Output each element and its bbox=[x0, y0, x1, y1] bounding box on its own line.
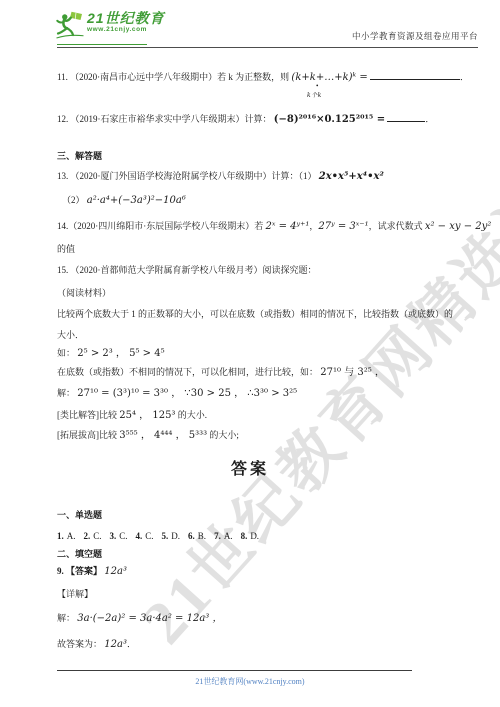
answers-section-1-title: 一、单选题 bbox=[57, 509, 482, 522]
section-3-title: 三、解答题 bbox=[57, 150, 482, 163]
task-extension-formula: 3⁵⁵⁵ ， 4⁴⁴⁴ ， 5³³³ bbox=[119, 430, 207, 441]
choice-letter: C. bbox=[119, 531, 127, 541]
choice-letter: B. bbox=[198, 531, 206, 541]
task-extension: [拓展拔高]比较 3⁵⁵⁵ ， 4⁴⁴⁴ ， 5³³³ 的大小; bbox=[57, 429, 482, 442]
platform-tagline: 中小学教育资源及组卷应用平台 bbox=[352, 30, 478, 42]
answer-9-label: 9. 【答案】 bbox=[57, 566, 102, 576]
question-12-period: ． bbox=[425, 114, 434, 124]
brand-url: www.21cnjy.com bbox=[87, 26, 165, 34]
choice-number: 8. bbox=[241, 531, 248, 541]
answers-section-2-title: 二、填空题 bbox=[57, 548, 482, 561]
answer-9-solution-formula: 3a·(−2a)² = 3a·4a² = 12a³ ， bbox=[77, 613, 222, 624]
material-example: 如： 2⁵ > 2³ ， 5⁵ > 4⁵ bbox=[57, 347, 482, 360]
task-extension-suffix: 的大小; bbox=[207, 430, 239, 440]
question-14-formula-2: 27ʸ = 3ˣ⁻¹ bbox=[318, 221, 368, 232]
question-13-part2-label: （2） bbox=[62, 195, 85, 205]
task-analogy-prefix: [类比解答]比较 bbox=[57, 410, 119, 420]
question-15: 15. （2020·首都师范大学附属育新学校八年级月考）阅读探究题： bbox=[57, 264, 482, 277]
choice-letter: A. bbox=[224, 531, 233, 541]
question-12: 12. （2019·石家庄市裕华求实中学八年级期末）计算： (−8)²⁰¹⁶×0… bbox=[57, 112, 482, 126]
task-analogy-suffix: 的大小. bbox=[175, 410, 207, 420]
underbrace-label: k个k bbox=[307, 90, 322, 99]
footer-link[interactable]: 21世纪教育网(www.21cnjy.com) bbox=[0, 676, 500, 687]
choice-number: 7. bbox=[214, 531, 221, 541]
answer-blank bbox=[387, 112, 425, 122]
choice-number: 1. bbox=[57, 531, 64, 541]
choice-number: 6. bbox=[188, 531, 195, 541]
underbrace-mark: • bbox=[316, 82, 318, 90]
question-14-formula-1: 2ˣ = 4ʸ⁺¹ bbox=[266, 221, 310, 232]
question-13-line2: （2） a²·a⁴+(−3a³)²−10a⁶ bbox=[62, 194, 482, 207]
paragraph-2-formula: 27¹⁰ 与 3²⁵ ， bbox=[320, 367, 385, 378]
page-header: 21世纪教育 www.21cnjy.com 中小学教育资源及组卷应用平台 bbox=[0, 0, 500, 48]
choice-answers-line: 1.A.2.C.3.C.4.C.5.D.6.B.7.A.8.D. bbox=[57, 530, 482, 543]
material-paragraph-line1: 比较两个底数大于 1 的正数幂的大小，可以在底数（或指数）相同的情况下，比较指数… bbox=[57, 308, 482, 321]
question-13-formula-2: a²·a⁴+(−3a³)²−10a⁶ bbox=[87, 195, 186, 206]
example-prefix: 如： bbox=[57, 348, 75, 358]
answer-9-conclusion-formula: 12a³ bbox=[104, 639, 127, 650]
material-solution: 解： 27¹⁰ = (3³)¹⁰ = 3³⁰ ， ∵30 > 25 ， ∴3³⁰… bbox=[57, 387, 482, 400]
choice-number: 3. bbox=[110, 531, 117, 541]
question-12-formula: (−8)²⁰¹⁶×0.125²⁰¹⁵ = bbox=[274, 114, 385, 125]
material-paragraph-line2: 大小． bbox=[57, 329, 482, 342]
question-14-sep2: ，试求代数式 bbox=[369, 221, 423, 231]
footer-divider bbox=[57, 670, 412, 671]
answer-9: 9. 【答案】 12a³ bbox=[57, 565, 482, 578]
answer-9-solution-prefix: 解： bbox=[57, 613, 75, 623]
choice-letter: D. bbox=[250, 531, 259, 541]
question-13-formula-1: 2x•x⁵+x⁴•x² bbox=[319, 171, 384, 182]
logo-underline bbox=[57, 44, 147, 45]
task-analogy-formula: 25⁴ ， 125³ bbox=[119, 410, 175, 421]
question-14-cont: 的值 bbox=[57, 243, 482, 256]
choice-letter: C. bbox=[145, 531, 153, 541]
question-11-period: ． bbox=[460, 72, 469, 82]
question-13-text: 13. （2020·厦门外国语学校海沧附属学校八年级期中）计算：（1） bbox=[57, 171, 317, 181]
question-12-text: 12. （2019·石家庄市裕华求实中学八年级期末）计算： bbox=[57, 114, 272, 124]
answer-9-conclusion-prefix: 故答案为： bbox=[57, 639, 102, 649]
question-14-formula-3: x² − xy − 2y² bbox=[425, 221, 491, 232]
question-11-formula: (k+k+…+k)ᵏ = bbox=[291, 72, 367, 83]
question-13-line1: 13. （2020·厦门外国语学校海沧附属学校八年级期中）计算：（1） 2x•x… bbox=[57, 170, 482, 183]
solution-prefix: 解： bbox=[57, 388, 75, 398]
question-11-text: 11. （2020·南昌市心远中学八年级期中）若 k 为正整数，则 bbox=[57, 72, 289, 82]
brand-text-block: 21世纪教育 www.21cnjy.com bbox=[87, 10, 165, 34]
choice-number: 4. bbox=[136, 531, 143, 541]
solution-formula: 27¹⁰ = (3³)¹⁰ = 3³⁰ ， ∵30 > 25 ， ∴3³⁰ > … bbox=[77, 388, 297, 399]
document-page: 21世纪教育网精选资料 21世纪教育 www.21cnjy.com 中小学教育资… bbox=[0, 0, 500, 707]
choice-letter: D. bbox=[171, 531, 180, 541]
brand-logo: 21世纪教育 www.21cnjy.com bbox=[55, 10, 165, 42]
choice-letter: C. bbox=[93, 531, 101, 541]
runner-icon bbox=[55, 10, 85, 42]
reading-material-label: （阅读材料） bbox=[57, 287, 482, 300]
task-analogy: [类比解答]比较 25⁴ ， 125³ 的大小. bbox=[57, 409, 482, 422]
answer-9-conclusion: 故答案为： 12a³． bbox=[57, 638, 482, 651]
answer-9-solution: 解： 3a·(−2a)² = 3a·4a² = 12a³ ， bbox=[57, 612, 482, 625]
example-formula: 2⁵ > 2³ ， 5⁵ > 4⁵ bbox=[77, 348, 164, 359]
answer-9-value: 12a³ bbox=[104, 566, 127, 577]
brand-name: 21世纪教育 bbox=[87, 10, 165, 26]
answers-title: 答案 bbox=[0, 456, 500, 479]
task-extension-prefix: [拓展拔高]比较 bbox=[57, 430, 119, 440]
question-14: 14.（2020·四川绵阳市·东辰国际学校八年级期末）若 2ˣ = 4ʸ⁺¹，2… bbox=[57, 220, 482, 233]
detail-label: 【详解】 bbox=[57, 588, 482, 601]
choice-number: 2. bbox=[84, 531, 91, 541]
header-divider bbox=[57, 47, 478, 48]
answer-blank bbox=[370, 70, 460, 80]
material-paragraph-2: 在底数（或指数）不相同的情况下，可以化相同，进行比较，如： 27¹⁰ 与 3²⁵… bbox=[57, 366, 482, 379]
question-14-text: 14.（2020·四川绵阳市·东辰国际学校八年级期末）若 bbox=[57, 221, 263, 231]
question-11: 11. （2020·南昌市心远中学八年级期中）若 k 为正整数，则 (k+k+…… bbox=[57, 70, 482, 84]
answer-9-conclusion-period: ． bbox=[127, 639, 136, 649]
choice-letter: A. bbox=[67, 531, 76, 541]
paragraph-2-text: 在底数（或指数）不相同的情况下，可以化相同，进行比较，如： bbox=[57, 367, 318, 377]
choice-number: 5. bbox=[162, 531, 169, 541]
